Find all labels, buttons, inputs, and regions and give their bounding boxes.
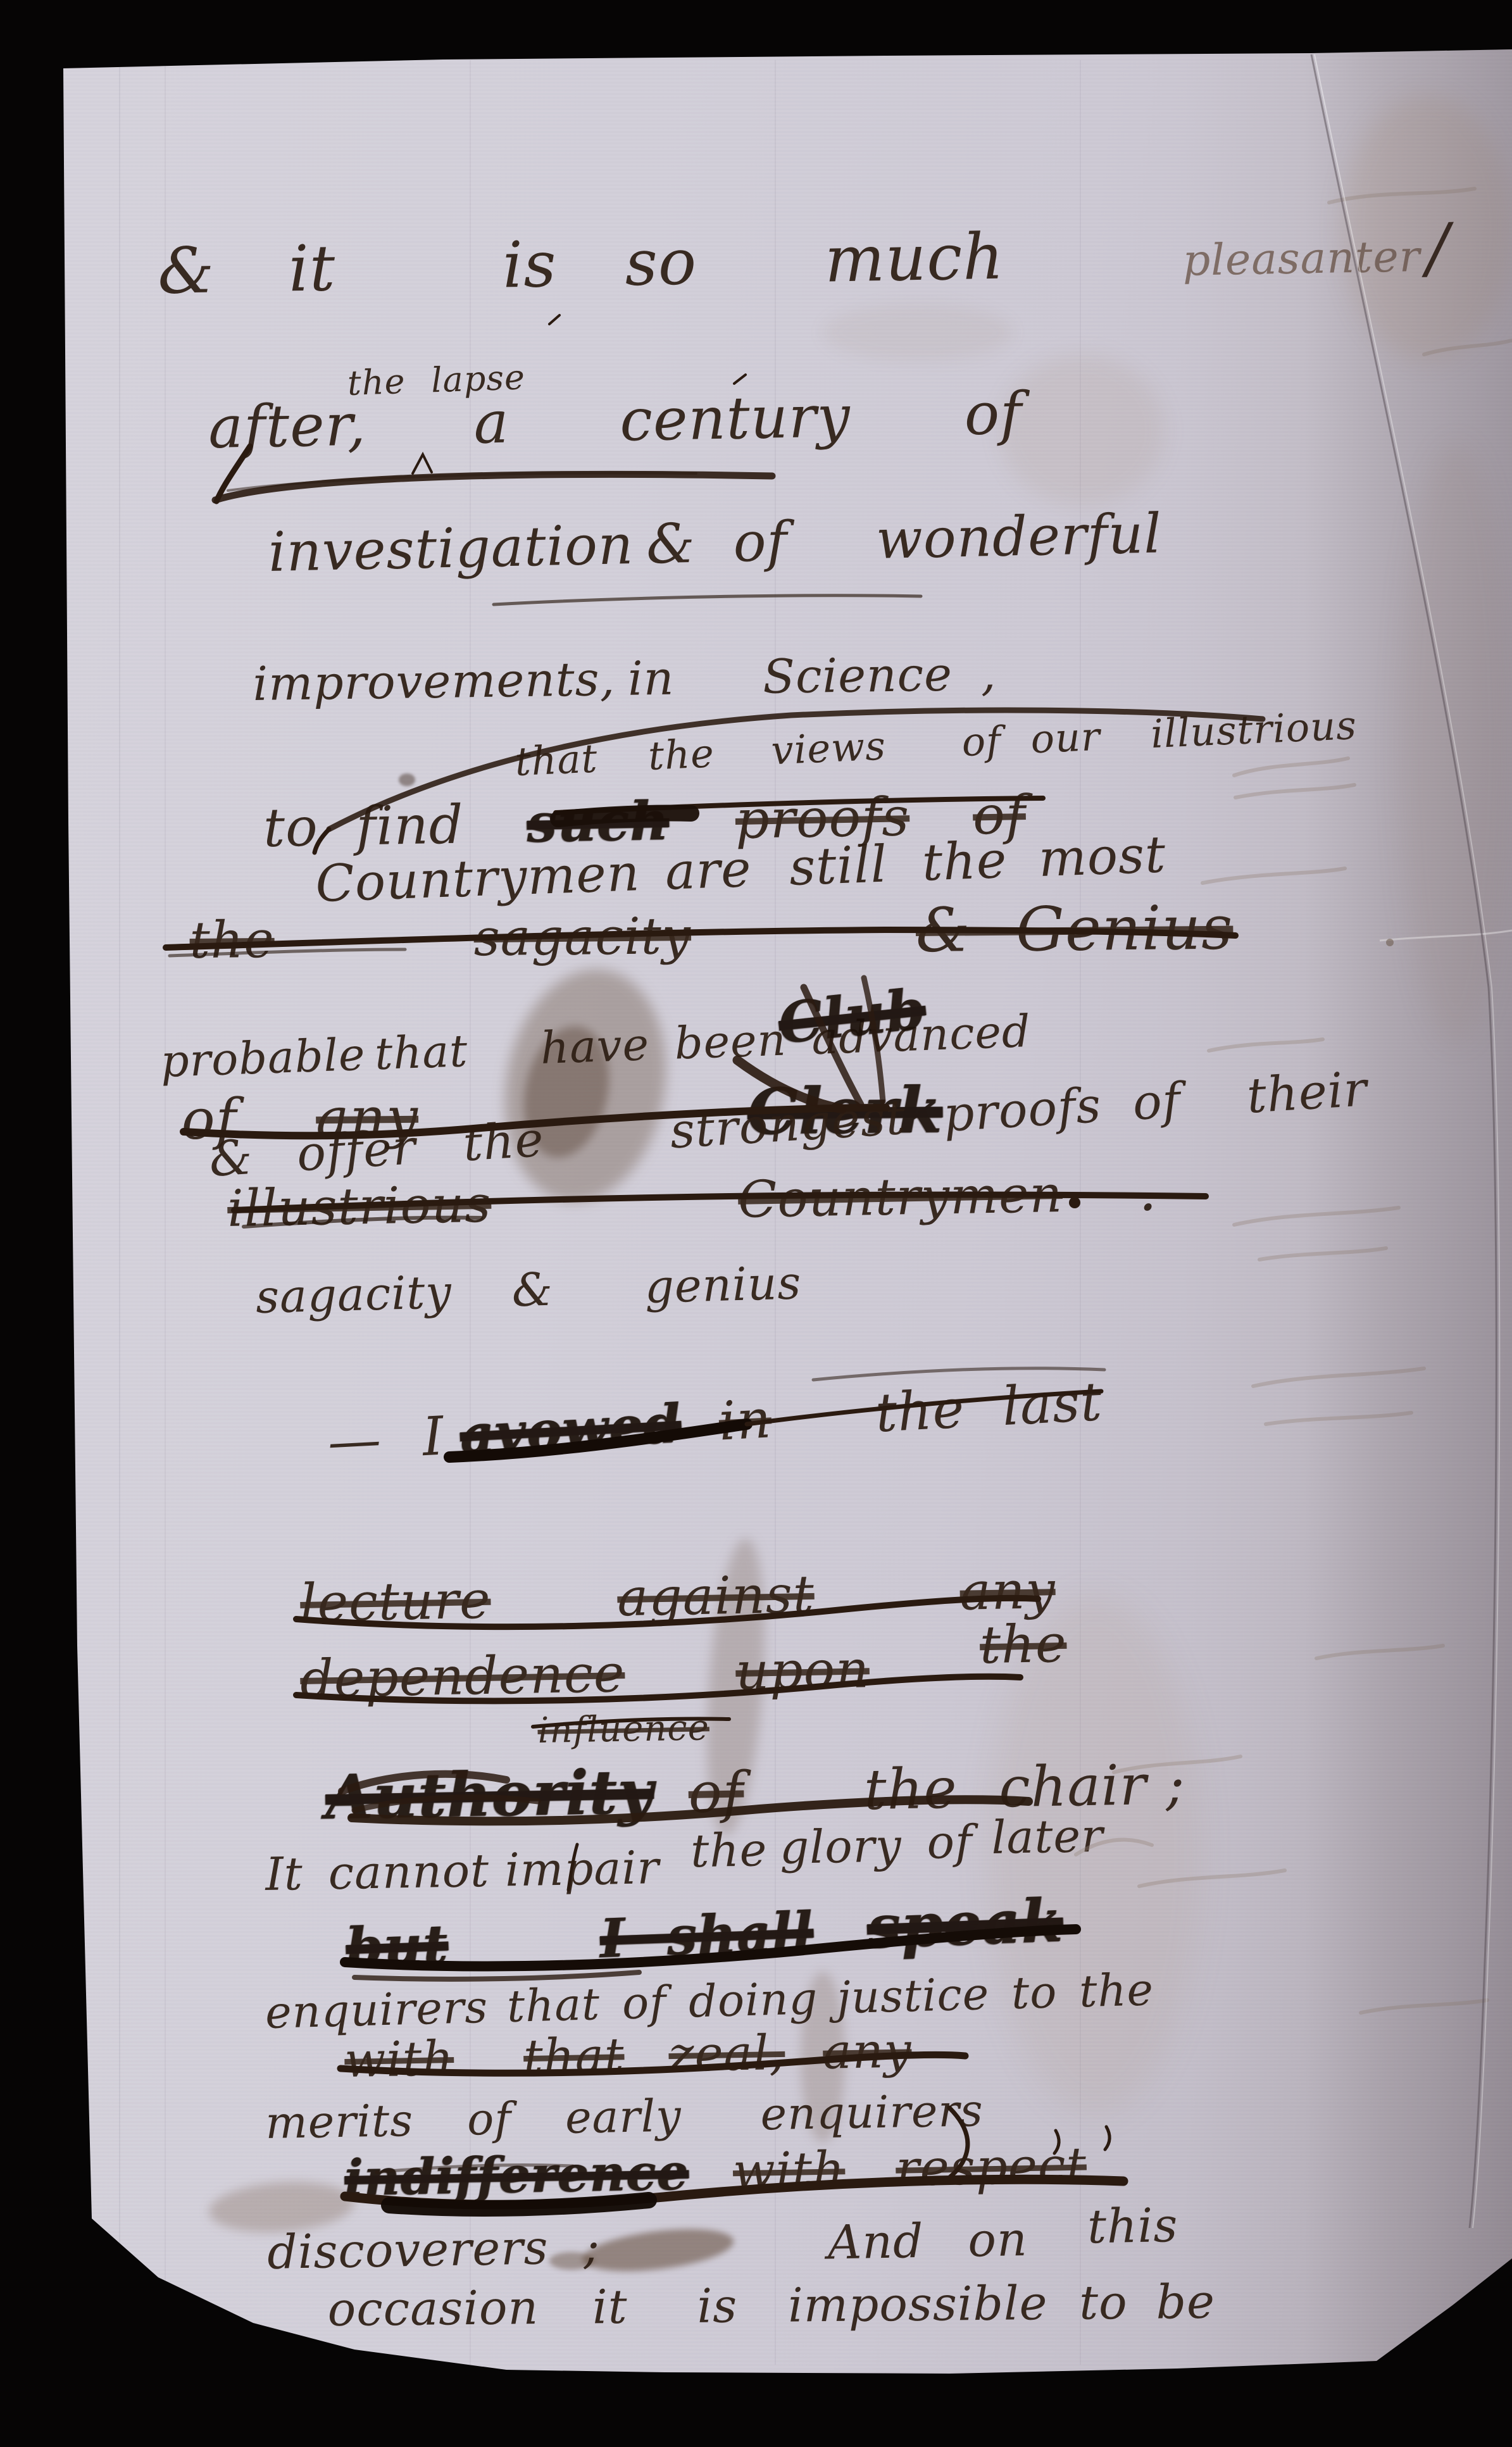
word-gap [696, 561, 734, 562]
word-gap [336, 286, 503, 290]
handwritten-word: ; [1165, 1756, 1185, 1813]
handwritten-word: in [628, 655, 675, 703]
handwritten-word: most [1038, 829, 1167, 884]
word-gap [598, 769, 649, 772]
struck-word: I shall [599, 1905, 814, 1965]
manuscript-line-24: withthatzeal,any [344, 2026, 912, 2084]
handwritten-word: the [690, 1827, 768, 1874]
struck-word: with [732, 2145, 846, 2196]
word-gap [1128, 2318, 1156, 2319]
word-gap [659, 1882, 691, 1883]
word-gap [906, 1130, 944, 1134]
handwritten-word: of [964, 385, 1023, 444]
handwritten-word: the [462, 1115, 546, 1168]
manuscript-line-28: occasionitisimpossibletobe [327, 2279, 1215, 2333]
handwritten-word: much [824, 225, 1004, 292]
manuscript-line-9: thesagacity& Genius [189, 898, 1234, 967]
paper-stain [1399, 443, 1512, 1044]
handwritten-word: wonderful [875, 506, 1162, 566]
word-gap [449, 1956, 601, 1962]
word-gap [413, 2134, 467, 2135]
word-gap [772, 1431, 877, 1437]
paper-stain [823, 304, 1013, 361]
word-gap [254, 1170, 298, 1173]
handwritten-word: investigation [268, 518, 634, 580]
handwritten-word: of [1131, 1076, 1182, 1127]
word-gap [737, 2321, 788, 2322]
struck-word: that [523, 2031, 625, 2081]
word-gap [768, 1881, 780, 1881]
word-gap [846, 2185, 896, 2186]
word-gap [1063, 1210, 1139, 1211]
manuscript-line-18: dependenceuponthe [300, 1641, 1068, 1706]
manuscript-line-5: improvements,inScience, [253, 651, 997, 708]
handwritten-word: sagacity [255, 1269, 453, 1320]
handwritten-word: strongest [668, 1093, 907, 1156]
handwritten-word: their [1246, 1065, 1368, 1120]
word-gap [215, 290, 289, 292]
struck-word: Countrymen [738, 1169, 1063, 1225]
underline-stroke [494, 596, 921, 604]
handwritten-word: pleasanter [1182, 235, 1421, 283]
handwritten-word: early [565, 2094, 682, 2140]
word-gap [382, 1455, 423, 1457]
word-gap [682, 2129, 761, 2131]
word-gap [650, 1058, 675, 1060]
handwritten-word: that [506, 1982, 601, 2029]
handwritten-word: last [1001, 1375, 1104, 1433]
manuscript-line-26: indifferencewithrespect [344, 2141, 1087, 2203]
manuscript-line-19: influence [537, 1710, 709, 1749]
word-gap [744, 1808, 865, 1811]
handwritten-word: the [647, 734, 715, 776]
word-gap [489, 2021, 508, 2022]
handwritten-word: is [697, 2282, 737, 2330]
handwritten-word: doing [688, 1976, 818, 2024]
handwritten-word: & [208, 1133, 254, 1184]
handwritten-word: are [665, 844, 753, 898]
handwritten-word: Countrymen [315, 848, 640, 910]
word-gap [654, 1812, 689, 1813]
word-gap [557, 284, 625, 286]
word-gap [625, 2070, 669, 2072]
word-gap [788, 558, 877, 560]
page-edge-crease [1311, 54, 1496, 2228]
handwritten-word: that [374, 1029, 468, 1076]
handwritten-word: / [1426, 215, 1450, 282]
struck-word: lecture [300, 1575, 492, 1630]
manuscript-line-1: &itissomuchpleasanter/ [157, 215, 1450, 304]
word-gap [887, 755, 963, 759]
word-gap [669, 837, 735, 839]
struck-word: & Genius [916, 898, 1234, 961]
handwritten-word: so [625, 230, 697, 295]
word-gap [682, 1439, 720, 1442]
struck-word: speak [866, 1891, 1064, 1957]
handwritten-word: merits [265, 2098, 414, 2145]
handwritten-word: enquirers [265, 1985, 489, 2035]
word-gap [689, 2187, 733, 2189]
manuscript-line-15: sagacity&genius [255, 1260, 802, 1320]
manuscript-line-16: —Iavowedinthelast [327, 1375, 1104, 1468]
struck-word: influence [537, 1710, 709, 1749]
word-gap [1102, 1119, 1134, 1122]
handwritten-word: a [473, 394, 509, 453]
struck-word: such [527, 794, 670, 850]
handwritten-word: offer [296, 1123, 418, 1178]
manuscript-line-21: Itcannotimpairthegloryoflater [265, 1837, 1104, 1897]
gutter-shadow [1304, 49, 1512, 2371]
handwritten-word: of [466, 2096, 511, 2141]
manuscript-line-27: discoverers ;Andonthis [267, 2213, 1178, 2276]
word-gap [1182, 1112, 1248, 1117]
underline-stroke [228, 473, 696, 491]
word-gap [973, 1877, 992, 1878]
manuscript-page: &itissomuchpleasanter/the lapseafter,ace… [0, 0, 1512, 2447]
word-gap [625, 1689, 736, 1691]
word-gap [366, 442, 474, 445]
word-gap [814, 1947, 868, 1949]
manuscript-line-17: lectureagainstany [300, 1565, 1056, 1630]
paper-crack [1380, 930, 1512, 941]
handwritten-word: & [646, 516, 696, 572]
paper-crack [1386, 939, 1394, 946]
word-gap [600, 2258, 828, 2263]
handwritten-word: still [789, 839, 889, 893]
handwritten-word: century [620, 387, 851, 449]
handwritten-word: glory [779, 1822, 902, 1870]
handwritten-word: , [980, 651, 997, 698]
struck-word: Authority [325, 1762, 654, 1828]
manuscript-line-12: Club [776, 980, 928, 1052]
handwritten-word: probable [160, 1032, 366, 1084]
word-gap [275, 954, 474, 957]
word-gap [454, 2073, 524, 2075]
struck-word: indifference [344, 2148, 689, 2203]
word-gap [318, 844, 356, 845]
word-gap [634, 562, 647, 563]
handwritten-word: later [991, 1813, 1104, 1860]
word-gap [640, 889, 666, 890]
page-edge-highlight [1315, 54, 1499, 2228]
struck-word: the [979, 1618, 1067, 1672]
word-gap [1420, 270, 1427, 271]
word-gap [553, 1302, 645, 1305]
struck-word: any [959, 1565, 1056, 1618]
handwritten-word: of [733, 515, 788, 570]
word-gap [851, 434, 965, 436]
struck-word: sagacity [473, 911, 691, 963]
handwritten-word: discoverers ; [267, 2224, 601, 2276]
word-gap [489, 1885, 505, 1886]
struck-word: zeal, [668, 2029, 785, 2079]
handwritten-word: it [288, 237, 336, 301]
word-gap [417, 1160, 465, 1163]
word-gap [445, 1453, 461, 1454]
handwritten-word: illustrious [1150, 706, 1358, 754]
handwritten-word: this [1087, 2202, 1178, 2250]
word-gap [785, 2068, 823, 2069]
handwritten-word: the [1078, 1967, 1154, 2013]
handwritten-word: occasion [327, 2284, 539, 2333]
handwritten-word: . [1138, 1162, 1158, 1220]
handwritten-word: Science [763, 651, 953, 701]
word-gap [953, 689, 981, 691]
handwritten-word: & [511, 1267, 554, 1313]
manuscript-photo: &itissomuchpleasanter/the lapseafter,ace… [0, 0, 1512, 2447]
word-gap [509, 440, 620, 442]
handwritten-word: been [674, 1018, 787, 1066]
word-gap [468, 1063, 541, 1066]
word-gap [691, 951, 916, 953]
tick-marks [1105, 2127, 1109, 2150]
word-gap [924, 2256, 968, 2257]
word-gap [1101, 747, 1151, 749]
handwritten-word: after, [208, 396, 366, 457]
word-gap [492, 1217, 739, 1222]
handwritten-word: of [622, 1980, 667, 2025]
word-gap [715, 763, 772, 767]
underline-stroke [215, 474, 772, 500]
paper-stain [1000, 354, 1165, 506]
handwritten-word: And [827, 2218, 924, 2267]
word-gap [452, 1305, 512, 1307]
handwritten-word: the [874, 1382, 966, 1439]
handwritten-word: the chair [864, 1757, 1147, 1818]
tick-marks [549, 315, 746, 384]
word-gap [1147, 1803, 1166, 1805]
handwritten-word: improvements, [253, 656, 616, 708]
word-gap [667, 2016, 689, 2017]
word-gap [545, 1147, 672, 1155]
word-gap [628, 2322, 697, 2323]
word-gap [870, 1684, 980, 1687]
struck-word: upon [735, 1644, 870, 1698]
word-gap [601, 2018, 623, 2019]
margin-rule-line [119, 60, 120, 2365]
struck-word: the [189, 915, 275, 966]
word-gap [464, 841, 527, 843]
handwritten-word: It [265, 1851, 304, 1897]
word-gap [512, 2132, 566, 2134]
struck-word: Club [776, 980, 928, 1051]
handwritten-word: that [514, 739, 598, 782]
word-gap [752, 884, 790, 886]
word-gap [675, 692, 763, 694]
handwritten-word: justice [836, 1972, 990, 2020]
handwritten-word: views [770, 726, 887, 770]
struck-word: respect [896, 2141, 1087, 2194]
handwritten-word: impair [504, 1844, 659, 1893]
handwritten-word: of our [961, 717, 1101, 762]
handwritten-word: impossible [788, 2280, 1048, 2329]
handwritten-word: & [157, 239, 215, 303]
struck-word: illustrious [227, 1179, 492, 1234]
word-gap [1058, 2006, 1080, 2007]
word-gap [818, 2012, 837, 2013]
struck-word: any [823, 2026, 913, 2075]
handwritten-word: cannot [328, 1848, 489, 1896]
word-gap [903, 1878, 928, 1879]
handwritten-word: is [502, 233, 557, 297]
word-gap [366, 1068, 375, 1070]
word-gap [303, 1888, 328, 1889]
handwritten-word: enquirers [760, 2088, 984, 2136]
handwritten-word: to [1011, 1970, 1058, 2015]
handwritten-word: to [263, 801, 319, 854]
manuscript-line-6: thattheviewsof ourillustrious [514, 706, 1358, 782]
handwritten-word: the [922, 835, 1008, 889]
handwritten-word: of [927, 1819, 973, 1865]
manuscript-line-3: after,acenturyof [208, 385, 1023, 457]
manuscript-line-4: investigation&ofwonderful [268, 506, 1162, 580]
handwritten-word: — [327, 1413, 383, 1468]
struck-word: of [688, 1764, 744, 1821]
word-gap [1008, 875, 1039, 877]
word-gap [697, 281, 825, 284]
handwritten-word: to [1079, 2279, 1128, 2327]
word-gap [539, 2322, 592, 2324]
page-physical-marks [1311, 54, 1512, 2228]
handwritten-word: on [968, 2216, 1028, 2264]
insertion-caret [413, 454, 432, 473]
word-gap [1004, 275, 1183, 278]
struck-word: avowed [459, 1397, 683, 1461]
handwritten-word: genius [644, 1260, 802, 1309]
word-gap [965, 1424, 1003, 1427]
handwritten-word: proofs [942, 1081, 1103, 1139]
word-gap [990, 2008, 1012, 2009]
handwritten-word: be [1156, 2279, 1215, 2326]
struck-word: against [617, 1569, 815, 1624]
ink-dot [399, 773, 415, 786]
handwritten-word: I [421, 1409, 446, 1463]
word-gap [1048, 2319, 1080, 2319]
struck-word: with [344, 2034, 454, 2084]
word-gap [615, 694, 628, 695]
word-gap [1028, 2253, 1088, 2255]
manuscript-line-22: butI shallspeak [345, 1891, 1064, 1975]
handwritten-word: have [540, 1022, 650, 1070]
word-gap [888, 880, 923, 882]
chain-line [165, 60, 166, 2365]
word-gap [815, 1609, 960, 1612]
struck-word: but [345, 1917, 449, 1974]
struck-word: in [718, 1392, 773, 1448]
manuscript-line-25: meritsofearlyenquirers [265, 2088, 984, 2145]
word-gap [491, 1615, 618, 1617]
handwritten-word: find [356, 798, 464, 853]
struck-word: dependence [300, 1648, 625, 1706]
handwritten-word: it [592, 2284, 628, 2331]
